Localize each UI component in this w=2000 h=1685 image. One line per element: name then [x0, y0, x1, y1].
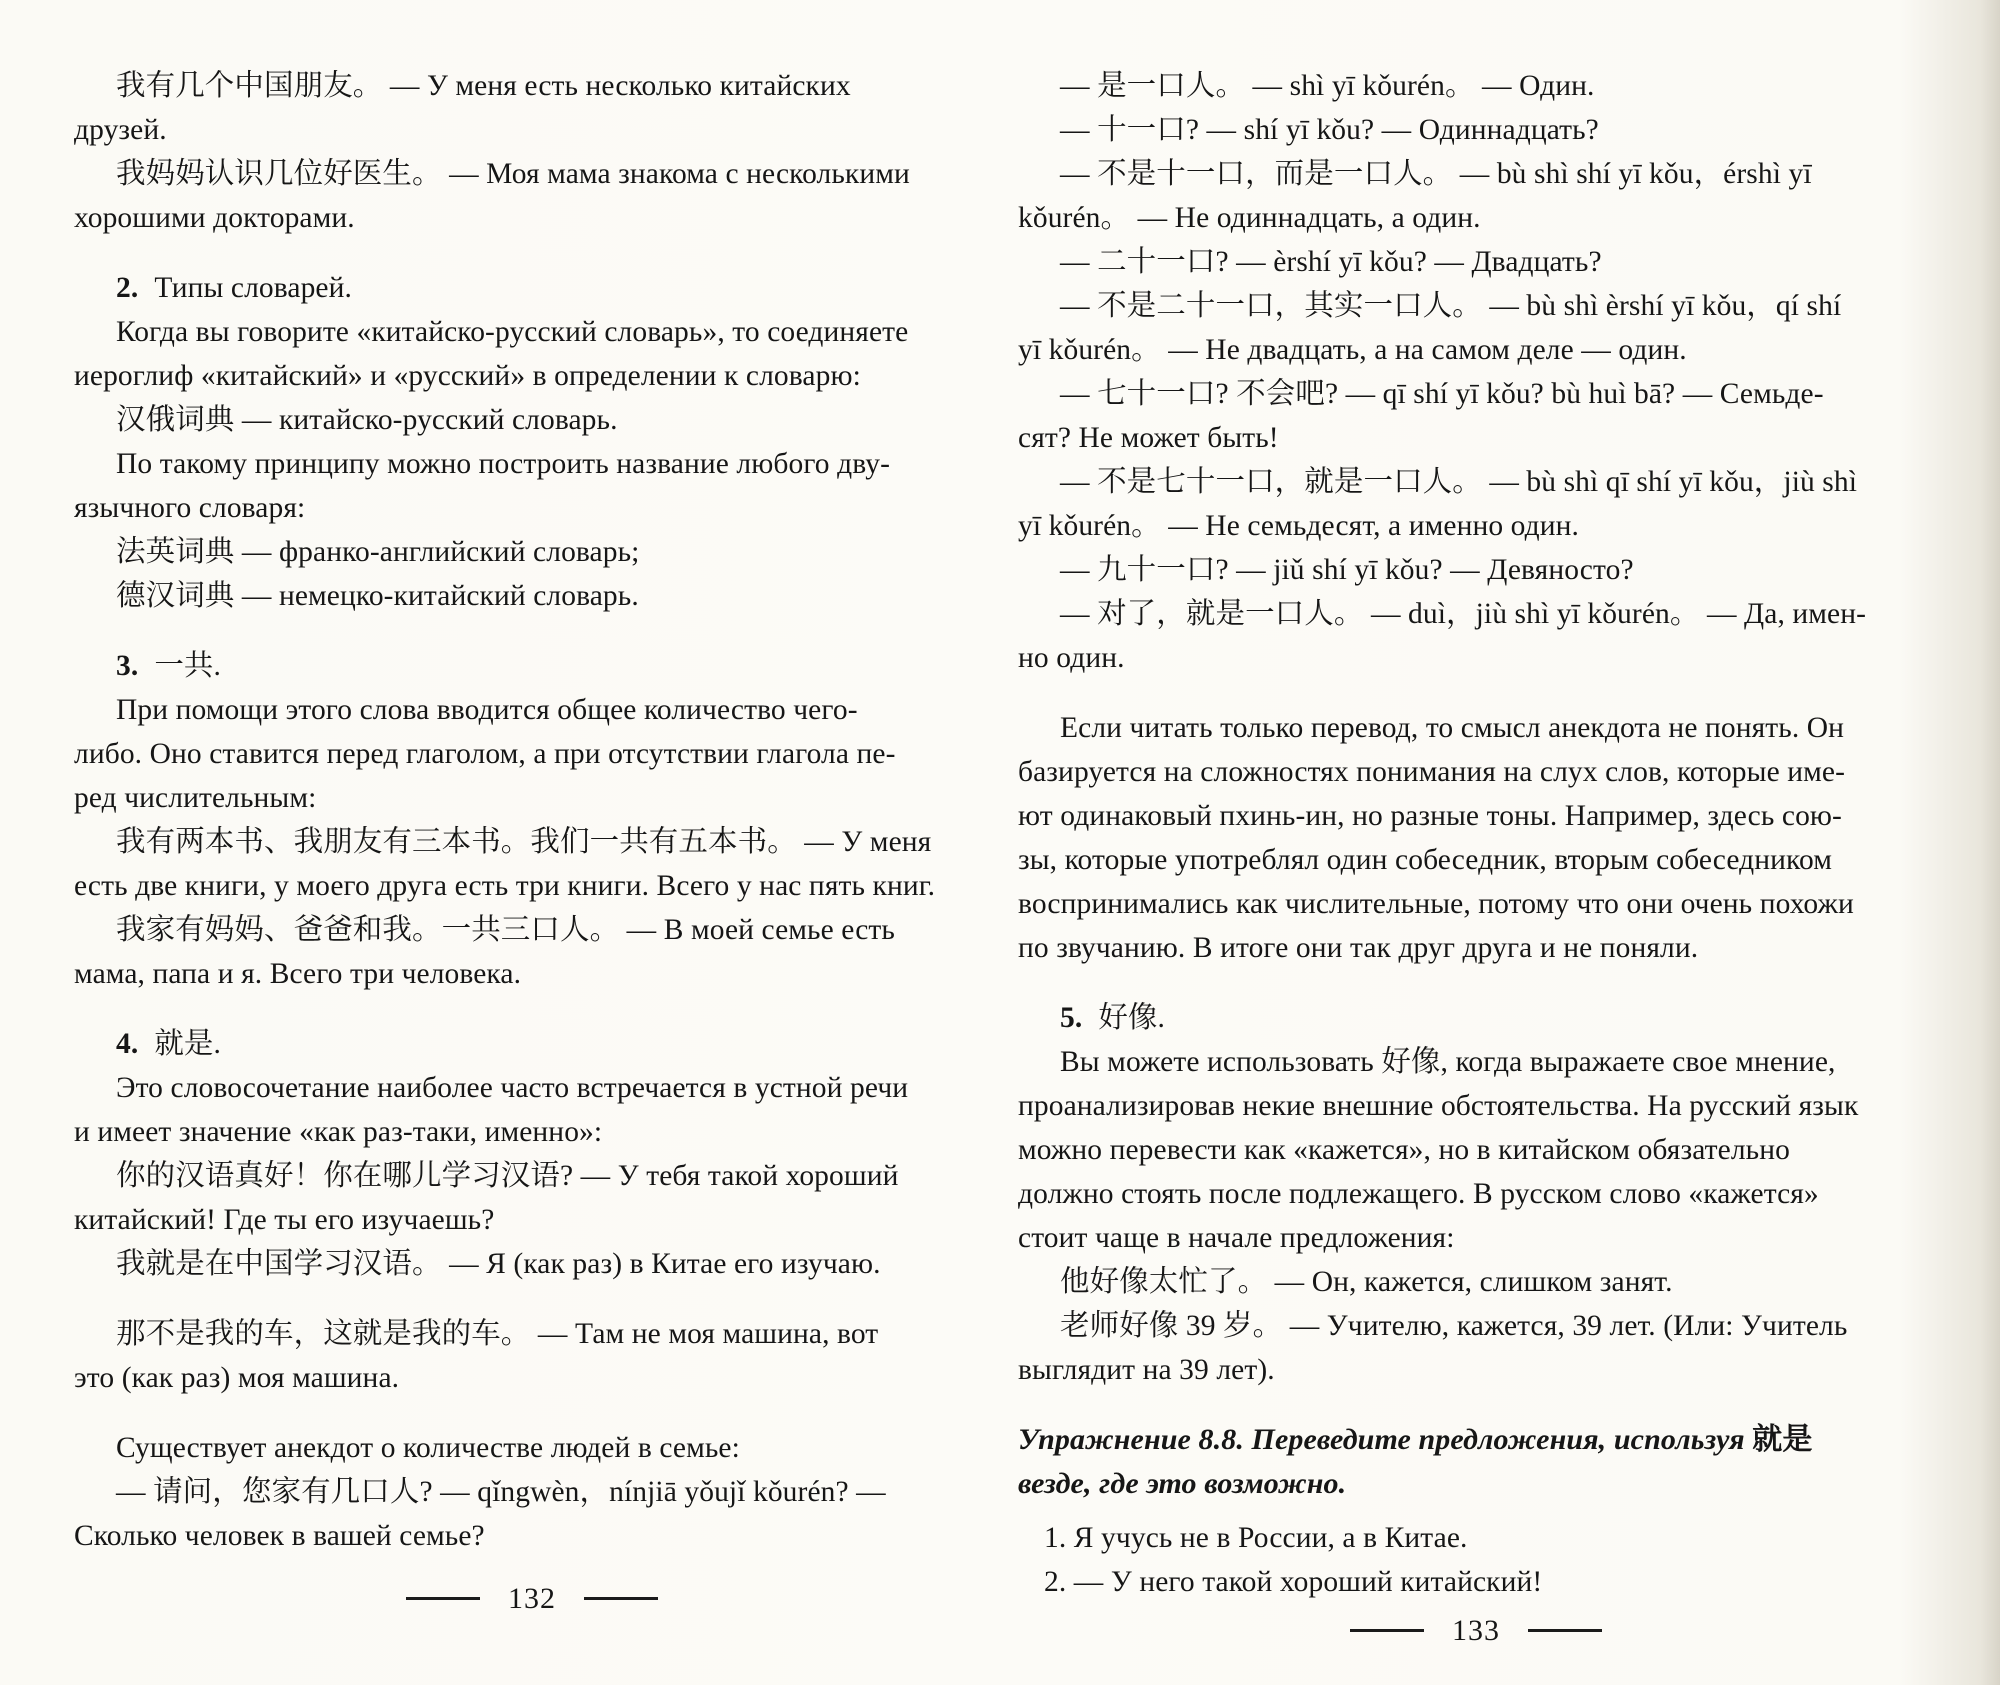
section-title: 就是.: [154, 1028, 221, 1060]
dialogue-line: — 是一口人。 — shì yī kǒurén。 — Один.: [1018, 64, 1934, 108]
example-line: 汉俄词典 — китайско-русский словарь.: [74, 398, 990, 442]
example-line: китайский! Где ты его изучаешь?: [74, 1198, 990, 1242]
dialogue-line: Сколько человек в вашей семье?: [74, 1514, 990, 1558]
text-line: 我有几个中国朋友。 — У меня есть несколько китайс…: [74, 64, 990, 108]
exercise-instruction: Переведите предложения, используя: [1244, 1423, 1752, 1456]
exercise-heading: Упражнение 8.8. Переведите предложения, …: [1018, 1418, 1934, 1462]
text-line: стоит чаще в начале предложения:: [1018, 1216, 1934, 1260]
text-line: зы, которые употреблял один собеседник, …: [1018, 838, 1934, 882]
dialogue-line: yī kǒurén。 — Не двадцать, а на самом дел…: [1018, 328, 1934, 372]
text-line: иероглиф «китайский» и «русский» в опред…: [74, 354, 990, 398]
example-line: 法英词典 — франко-английский словарь;: [74, 530, 990, 574]
text-line: Вы можете использовать 好像, когда выражае…: [1018, 1040, 1934, 1084]
text-line: ред числительным:: [74, 776, 990, 820]
section-4-heading: 4.就是.: [74, 1022, 990, 1066]
text-line: По такому принципу можно построить назва…: [74, 442, 990, 486]
text-line: Существует анекдот о количестве людей в …: [74, 1426, 990, 1470]
text-line: хорошими докторами.: [74, 196, 990, 240]
text-line: воспринимались как числительные, потому …: [1018, 882, 1934, 926]
section-5-heading: 5.好像.: [1018, 996, 1934, 1040]
dialogue-line: kǒurén。 — Не одиннадцать, а один.: [1018, 196, 1934, 240]
list-item: 1. Я учусь не в России, а в Китае.: [1018, 1516, 1934, 1560]
dialogue-line: — 对了，就是一口人。 — duì，jiù shì yī kǒurén。 — Д…: [1018, 592, 1934, 636]
text-line: либо. Оно ставится перед глаголом, а при…: [74, 732, 990, 776]
example-line: 我就是在中国学习汉语。 — Я (как раз) в Китае его из…: [74, 1242, 990, 1286]
dialogue-line: — 请问，您家有几口人? — qǐngwèn，nínjiā yǒujǐ kǒur…: [74, 1470, 990, 1514]
text-line: 我妈妈认识几位好医生。 — Моя мама знакома с несколь…: [74, 152, 990, 196]
dialogue-line: — 不是十一口，而是一口人。 — bù shì shí yī kǒu，érshì…: [1018, 152, 1934, 196]
example-line: 我有两本书、我朋友有三本书。我们一共有五本书。 — У меня: [74, 820, 990, 864]
example-line: 你的汉语真好！你在哪儿学习汉语? — У тебя такой хороший: [74, 1154, 990, 1198]
section-title: 一共.: [154, 650, 221, 682]
section-2-heading: 2.Типы словарей.: [74, 266, 990, 310]
footer-rule: [406, 1597, 480, 1600]
example-line: 我家有妈妈、爸爸和我。一共三口人。 — В моей семье есть: [74, 908, 990, 952]
example-line: это (как раз) моя машина.: [74, 1356, 990, 1400]
section-number: 5.: [1060, 1002, 1082, 1034]
dialogue-line: сят? Не может быть!: [1018, 416, 1934, 460]
footer-rule: [584, 1597, 658, 1600]
dialogue-line: — 十一口? — shí yī kǒu? — Одиннадцать?: [1018, 108, 1934, 152]
example-line: мама, папа и я. Всего три человека.: [74, 952, 990, 996]
text-line: и имеет значение «как раз-таки, именно»:: [74, 1110, 990, 1154]
text-line: Это словосочетание наиболее часто встреч…: [74, 1066, 990, 1110]
text-line: можно перевести как «кажется», но в кита…: [1018, 1128, 1934, 1172]
section-3-heading: 3.一共.: [74, 644, 990, 688]
dialogue-line: — 不是二十一口，其实一口人。 — bù shì èrshí yī kǒu，qí…: [1018, 284, 1934, 328]
list-item: 2. — У него такой хороший китайский!: [1018, 1560, 1934, 1604]
page-132: 我有几个中国朋友。 — У меня есть несколько китайс…: [74, 64, 990, 1616]
example-line: 老师好像 39 岁。 — Учителю, кажется, 39 лет. (…: [1018, 1304, 1934, 1348]
text-line: Когда вы говорите «китайско-русский слов…: [74, 310, 990, 354]
dialogue-line: — 七十一口? 不会吧? — qī shí yī kǒu? bù huì bā?…: [1018, 372, 1934, 416]
text-line: Если читать только перевод, то смысл ане…: [1018, 706, 1934, 750]
text-line: ют одинаковый пхинь-ин, но разные тоны. …: [1018, 794, 1934, 838]
dialogue-line: — 不是七十一口，就是一口人。 — bù shì qī shí yī kǒu，j…: [1018, 460, 1934, 504]
footer-rule: [1528, 1629, 1602, 1632]
text-line: должно стоять после подлежащего. В русск…: [1018, 1172, 1934, 1216]
page-number: 132: [508, 1582, 556, 1615]
text-line: язычного словаря:: [74, 486, 990, 530]
example-line: 德汉词典 — немецко-китайский словарь.: [74, 574, 990, 618]
text-line: базируется на сложностях понимания на сл…: [1018, 750, 1934, 794]
text-line: по звучанию. В итоге они так друг друга …: [1018, 926, 1934, 970]
page-footer: 133: [1018, 1614, 1934, 1648]
footer-rule: [1350, 1629, 1424, 1632]
dialogue-line: yī kǒurén。 — Не семьдесят, а именно один…: [1018, 504, 1934, 548]
text-line: проанализировав некие внешние обстоятель…: [1018, 1084, 1934, 1128]
example-line: 他好像太忙了。 — Он, кажется, слишком занят.: [1018, 1260, 1934, 1304]
exercise-cjk-term: 就是: [1752, 1423, 1812, 1456]
page-number: 133: [1452, 1614, 1500, 1647]
exercise-heading-line2: везде, где это возможно.: [1018, 1462, 1934, 1506]
section-number: 3.: [116, 650, 138, 682]
section-number: 4.: [116, 1028, 138, 1060]
example-line: есть две книги, у моего друга есть три к…: [74, 864, 990, 908]
section-number: 2.: [116, 272, 138, 304]
dialogue-line: но один.: [1018, 636, 1934, 680]
exercise-number: Упражнение 8.8.: [1018, 1423, 1244, 1456]
page-footer: 132: [74, 1582, 990, 1616]
dialogue-line: — 九十一口? — jiǔ shí yī kǒu? — Девяносто?: [1018, 548, 1934, 592]
example-line: 那不是我的车，这就是我的车。 — Там не моя машина, вот: [74, 1312, 990, 1356]
example-line: выглядит на 39 лет).: [1018, 1348, 1934, 1392]
text-line: друзей.: [74, 108, 990, 152]
section-title: 好像.: [1098, 1002, 1165, 1034]
section-title: Типы словарей.: [154, 272, 352, 304]
text-line: При помощи этого слова вводится общее ко…: [74, 688, 990, 732]
dialogue-line: — 二十一口? — èrshí yī kǒu? — Двадцать?: [1018, 240, 1934, 284]
page-133: — 是一口人。 — shì yī kǒurén。 — Один. — 十一口? …: [1018, 64, 1934, 1648]
